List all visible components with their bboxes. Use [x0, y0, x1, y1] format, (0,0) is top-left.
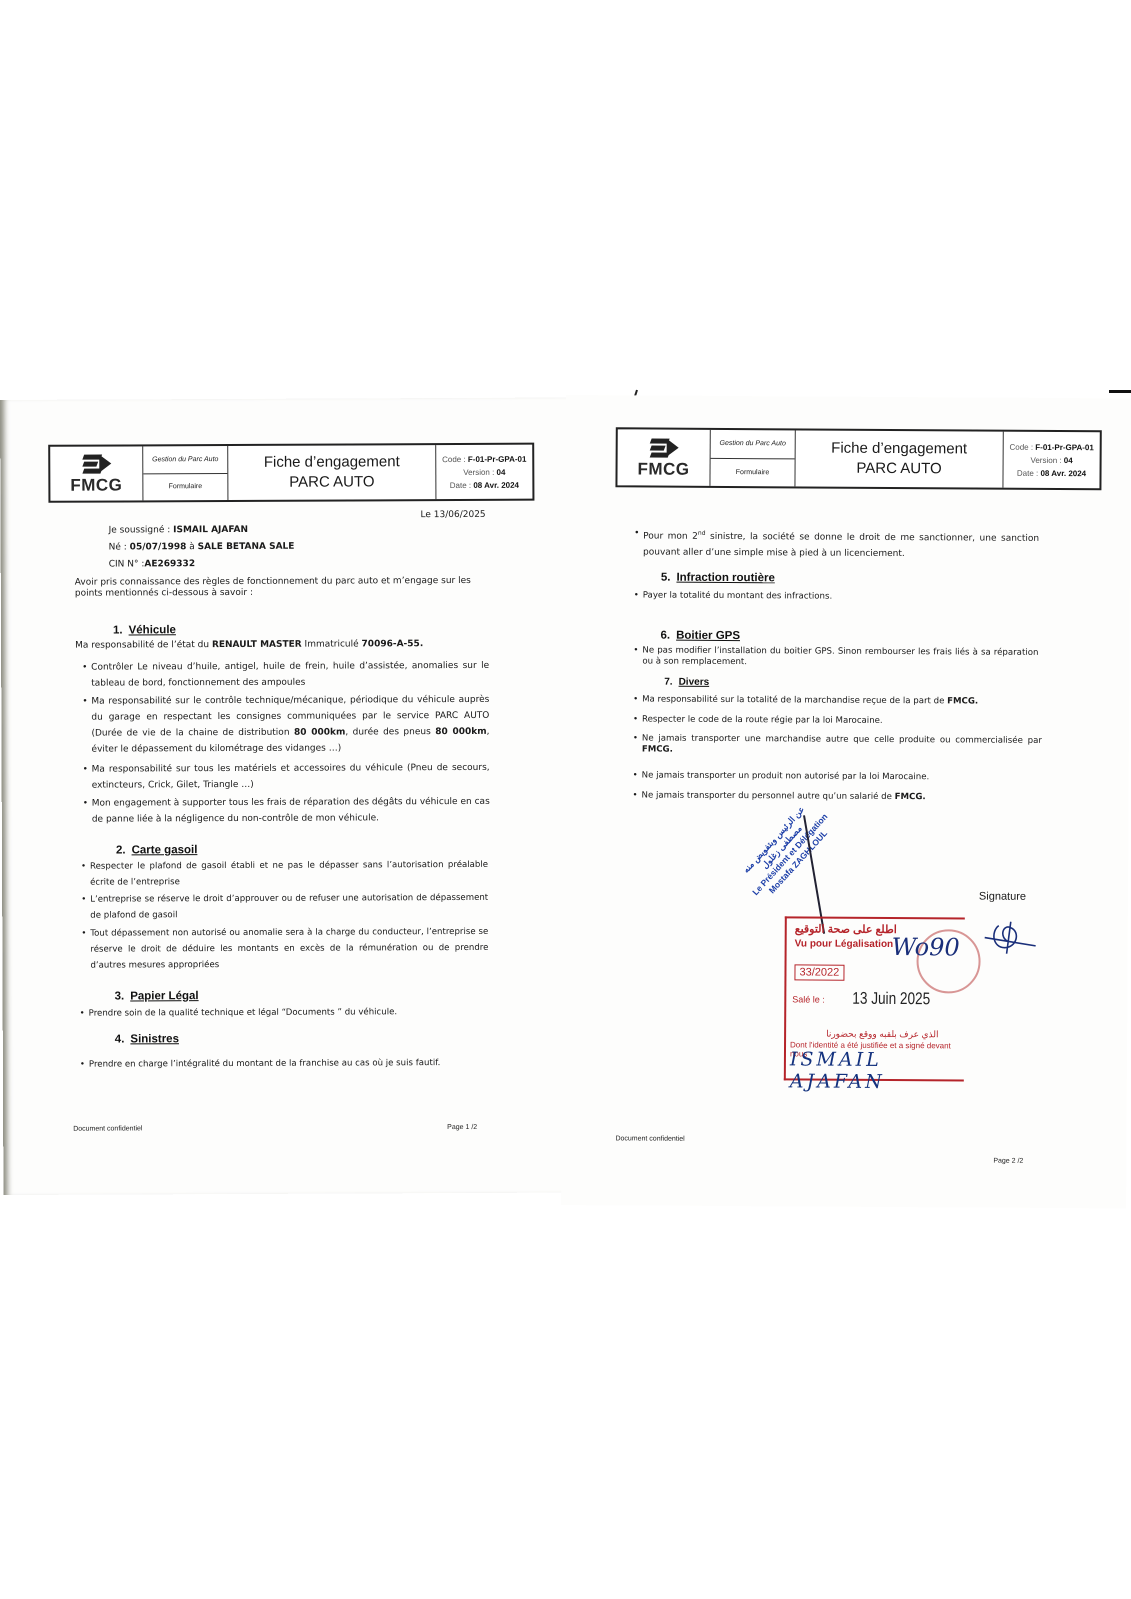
fmcg-arrow-icon	[649, 436, 679, 458]
birth-place: SALE BETANA SALE	[198, 542, 295, 552]
form-code: F-01-Pr-GPA-01	[1035, 442, 1094, 451]
logo-text: FMCG	[637, 459, 689, 479]
soussigne-line: Je soussigné : ISMAIL AJAFAN	[109, 523, 248, 539]
vehicle-responsibility: Ma responsabilité de l’état du RENAULT M…	[75, 637, 423, 654]
form-title: Fiche d’engagement PARC AUTO	[228, 445, 436, 500]
form-title: Fiche d’engagement PARC AUTO	[795, 430, 1003, 487]
section-vehicule-heading: 1.Véhicule	[113, 624, 176, 636]
logo-text: FMCG	[70, 475, 122, 495]
scan-edge-right	[1109, 390, 1131, 393]
birth-line: Né : 05/07/1998 à SALE BETANA SALE	[109, 540, 295, 556]
footer-page-number: Page 2 /2	[993, 1158, 1023, 1165]
document-date: Le 13/06/2025	[420, 508, 485, 523]
employee-name: ISMAIL AJAFAN	[173, 525, 248, 535]
department-label: Gestion du Parc Auto	[143, 446, 227, 474]
legalization-stamp: اطلع على صحة التوقيع Vu pour Légalisatio…	[784, 916, 965, 1081]
section-infraction-heading: 5.Infraction routière	[661, 572, 775, 585]
list-item: Respecter le plafond de gasoil établi et…	[90, 857, 488, 891]
form-type-label: Formulaire	[710, 458, 794, 486]
form-date: 08 Avr. 2024	[1040, 468, 1086, 477]
list-item: Ne jamais transporter une marchandise au…	[642, 733, 1042, 757]
cin-line: CIN N° :AE269332	[109, 557, 195, 572]
fmcg-arrow-icon	[81, 452, 111, 474]
section-gps-heading: 6.Boitier GPS	[660, 630, 740, 642]
company-logo: FMCG	[617, 429, 710, 486]
list-item: Mon engagement à supporter tous les frai…	[92, 794, 490, 828]
list-item: Ne pas modifier l’installation du boitie…	[642, 645, 1038, 669]
list-item: Respecter le code de la route régie par …	[642, 711, 1042, 729]
signature-label: Signature	[979, 891, 1026, 903]
form-meta: Code : F-01-Pr-GPA-01 Version : 04 Date …	[1003, 432, 1099, 489]
form-version: 04	[1064, 456, 1073, 465]
list-item: Prendre en charge l’intégralité du monta…	[89, 1055, 489, 1073]
section-papier-legal-heading: 3.Papier Légal	[115, 990, 199, 1002]
vehicle-plate: 70096-A-55.	[362, 639, 424, 649]
list-item: Ne jamais transporter un produit non aut…	[642, 767, 1042, 785]
handwritten-name: ISMAIL AJAFAN	[790, 1048, 964, 1093]
form-header: FMCG Gestion du Parc Auto Formulaire Fic…	[48, 443, 534, 503]
form-header: FMCG Gestion du Parc Auto Formulaire Fic…	[615, 427, 1101, 490]
list-item: Ma responsabilité sur tous les matériels…	[92, 760, 490, 794]
vehicle-model: RENAULT MASTER	[212, 640, 302, 650]
department-label: Gestion du Parc Auto	[711, 430, 795, 459]
footer-confidential: Document confidentiel	[73, 1125, 142, 1132]
birth-date: 05/07/1998	[130, 542, 187, 552]
registry-number: 33/2022	[794, 964, 844, 980]
intro-paragraph: Avoir pris connaissance des règles de fo…	[75, 576, 491, 600]
footer-page-number: Page 1 /2	[447, 1124, 477, 1131]
form-version: 04	[497, 467, 506, 476]
list-item: Prendre soin de la qualité technique et …	[89, 1004, 489, 1022]
list-item: L’entreprise se réserve le droit d’appro…	[90, 890, 488, 924]
section-carte-gasoil-heading: 2.Carte gasoil	[116, 844, 197, 856]
company-logo: FMCG	[50, 446, 143, 500]
form-date: 08 Avr. 2024	[473, 480, 519, 489]
signature-scribble-icon	[981, 918, 1041, 958]
section-sinistres-heading: 4.Sinistres	[115, 1033, 179, 1045]
list-item: Ma responsabilité sur le contrôle techni…	[91, 692, 489, 758]
list-item: Pour mon 2nd sinistre, la société se don…	[643, 525, 1039, 562]
form-code: F-01-Pr-GPA-01	[468, 454, 527, 463]
cin-number: AE269332	[144, 559, 195, 569]
document-page-1: FMCG Gestion du Parc Auto Formulaire Fic…	[0, 398, 569, 1195]
list-item: Tout dépassement non autorisé ou anomali…	[90, 924, 488, 974]
section-divers-heading: 7.Divers	[664, 677, 709, 688]
list-item: Contrôler Le niveau d’huile, antigel, hu…	[91, 658, 489, 692]
form-meta: Code : F-01-Pr-GPA-01 Version : 04 Date …	[436, 445, 532, 499]
legalization-date: 13 Juin 2025	[852, 989, 930, 1009]
form-type-label: Formulaire	[143, 474, 227, 501]
list-item: Ne jamais transporter du personnel autre…	[642, 787, 1042, 805]
footer-confidential: Document confidentiel	[615, 1135, 684, 1142]
handwritten-initials: Wo90	[892, 933, 960, 961]
list-item: Ma responsabilité sur la totalité de la …	[642, 691, 1042, 709]
list-item: Payer la totalité du montant des infract…	[643, 587, 1039, 605]
document-page-2: FMCG Gestion du Parc Auto Formulaire Fic…	[561, 395, 1131, 1208]
